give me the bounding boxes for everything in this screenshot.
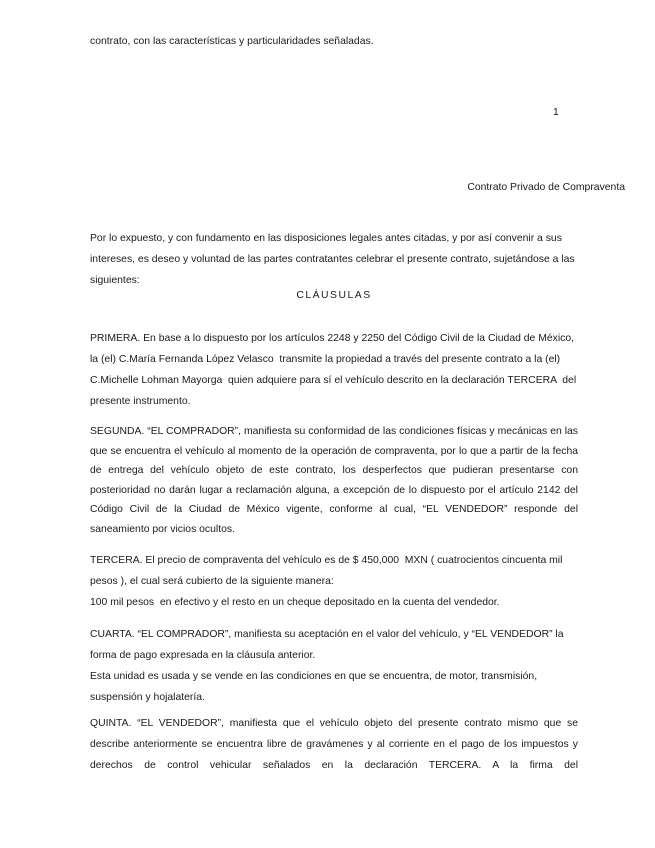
clause-tercera: TERCERA. El precio de compraventa del ve… bbox=[90, 550, 578, 613]
document-body: Por lo expuesto, y con fundamento en las… bbox=[90, 52, 578, 776]
clause-quinta-text: QUINTA. “EL VENDEDOR”, manifiesta que el… bbox=[90, 713, 578, 776]
clause-primera: PRIMERA. En base a lo dispuesto por los … bbox=[90, 328, 578, 412]
clause-cuarta-condition-detail: Esta unidad es usada y se vende en las c… bbox=[90, 666, 578, 708]
clause-segunda-text: SEGUNDA. “EL COMPRADOR”, manifiesta su c… bbox=[90, 422, 578, 539]
clause-segunda: SEGUNDA. “EL COMPRADOR”, manifiesta su c… bbox=[90, 422, 578, 539]
document-page: contrato, con las características y part… bbox=[0, 0, 655, 848]
clause-tercera-payment-detail: 100 mil pesos en efectivo y el resto en … bbox=[90, 592, 578, 613]
clause-primera-text: PRIMERA. En base a lo dispuesto por los … bbox=[90, 328, 578, 412]
clause-quinta: QUINTA. “EL VENDEDOR”, manifiesta que el… bbox=[90, 713, 578, 776]
intro-paragraph: Por lo expuesto, y con fundamento en las… bbox=[90, 228, 578, 291]
continuation-text: contrato, con las características y part… bbox=[90, 31, 578, 52]
clause-cuarta: CUARTA. “EL COMPRADOR”, manifiesta su ac… bbox=[90, 624, 578, 708]
clauses-heading: CLÁUSULAS bbox=[90, 285, 578, 306]
clause-cuarta-text: CUARTA. “EL COMPRADOR”, manifiesta su ac… bbox=[90, 624, 578, 666]
clause-tercera-text: TERCERA. El precio de compraventa del ve… bbox=[90, 550, 578, 592]
